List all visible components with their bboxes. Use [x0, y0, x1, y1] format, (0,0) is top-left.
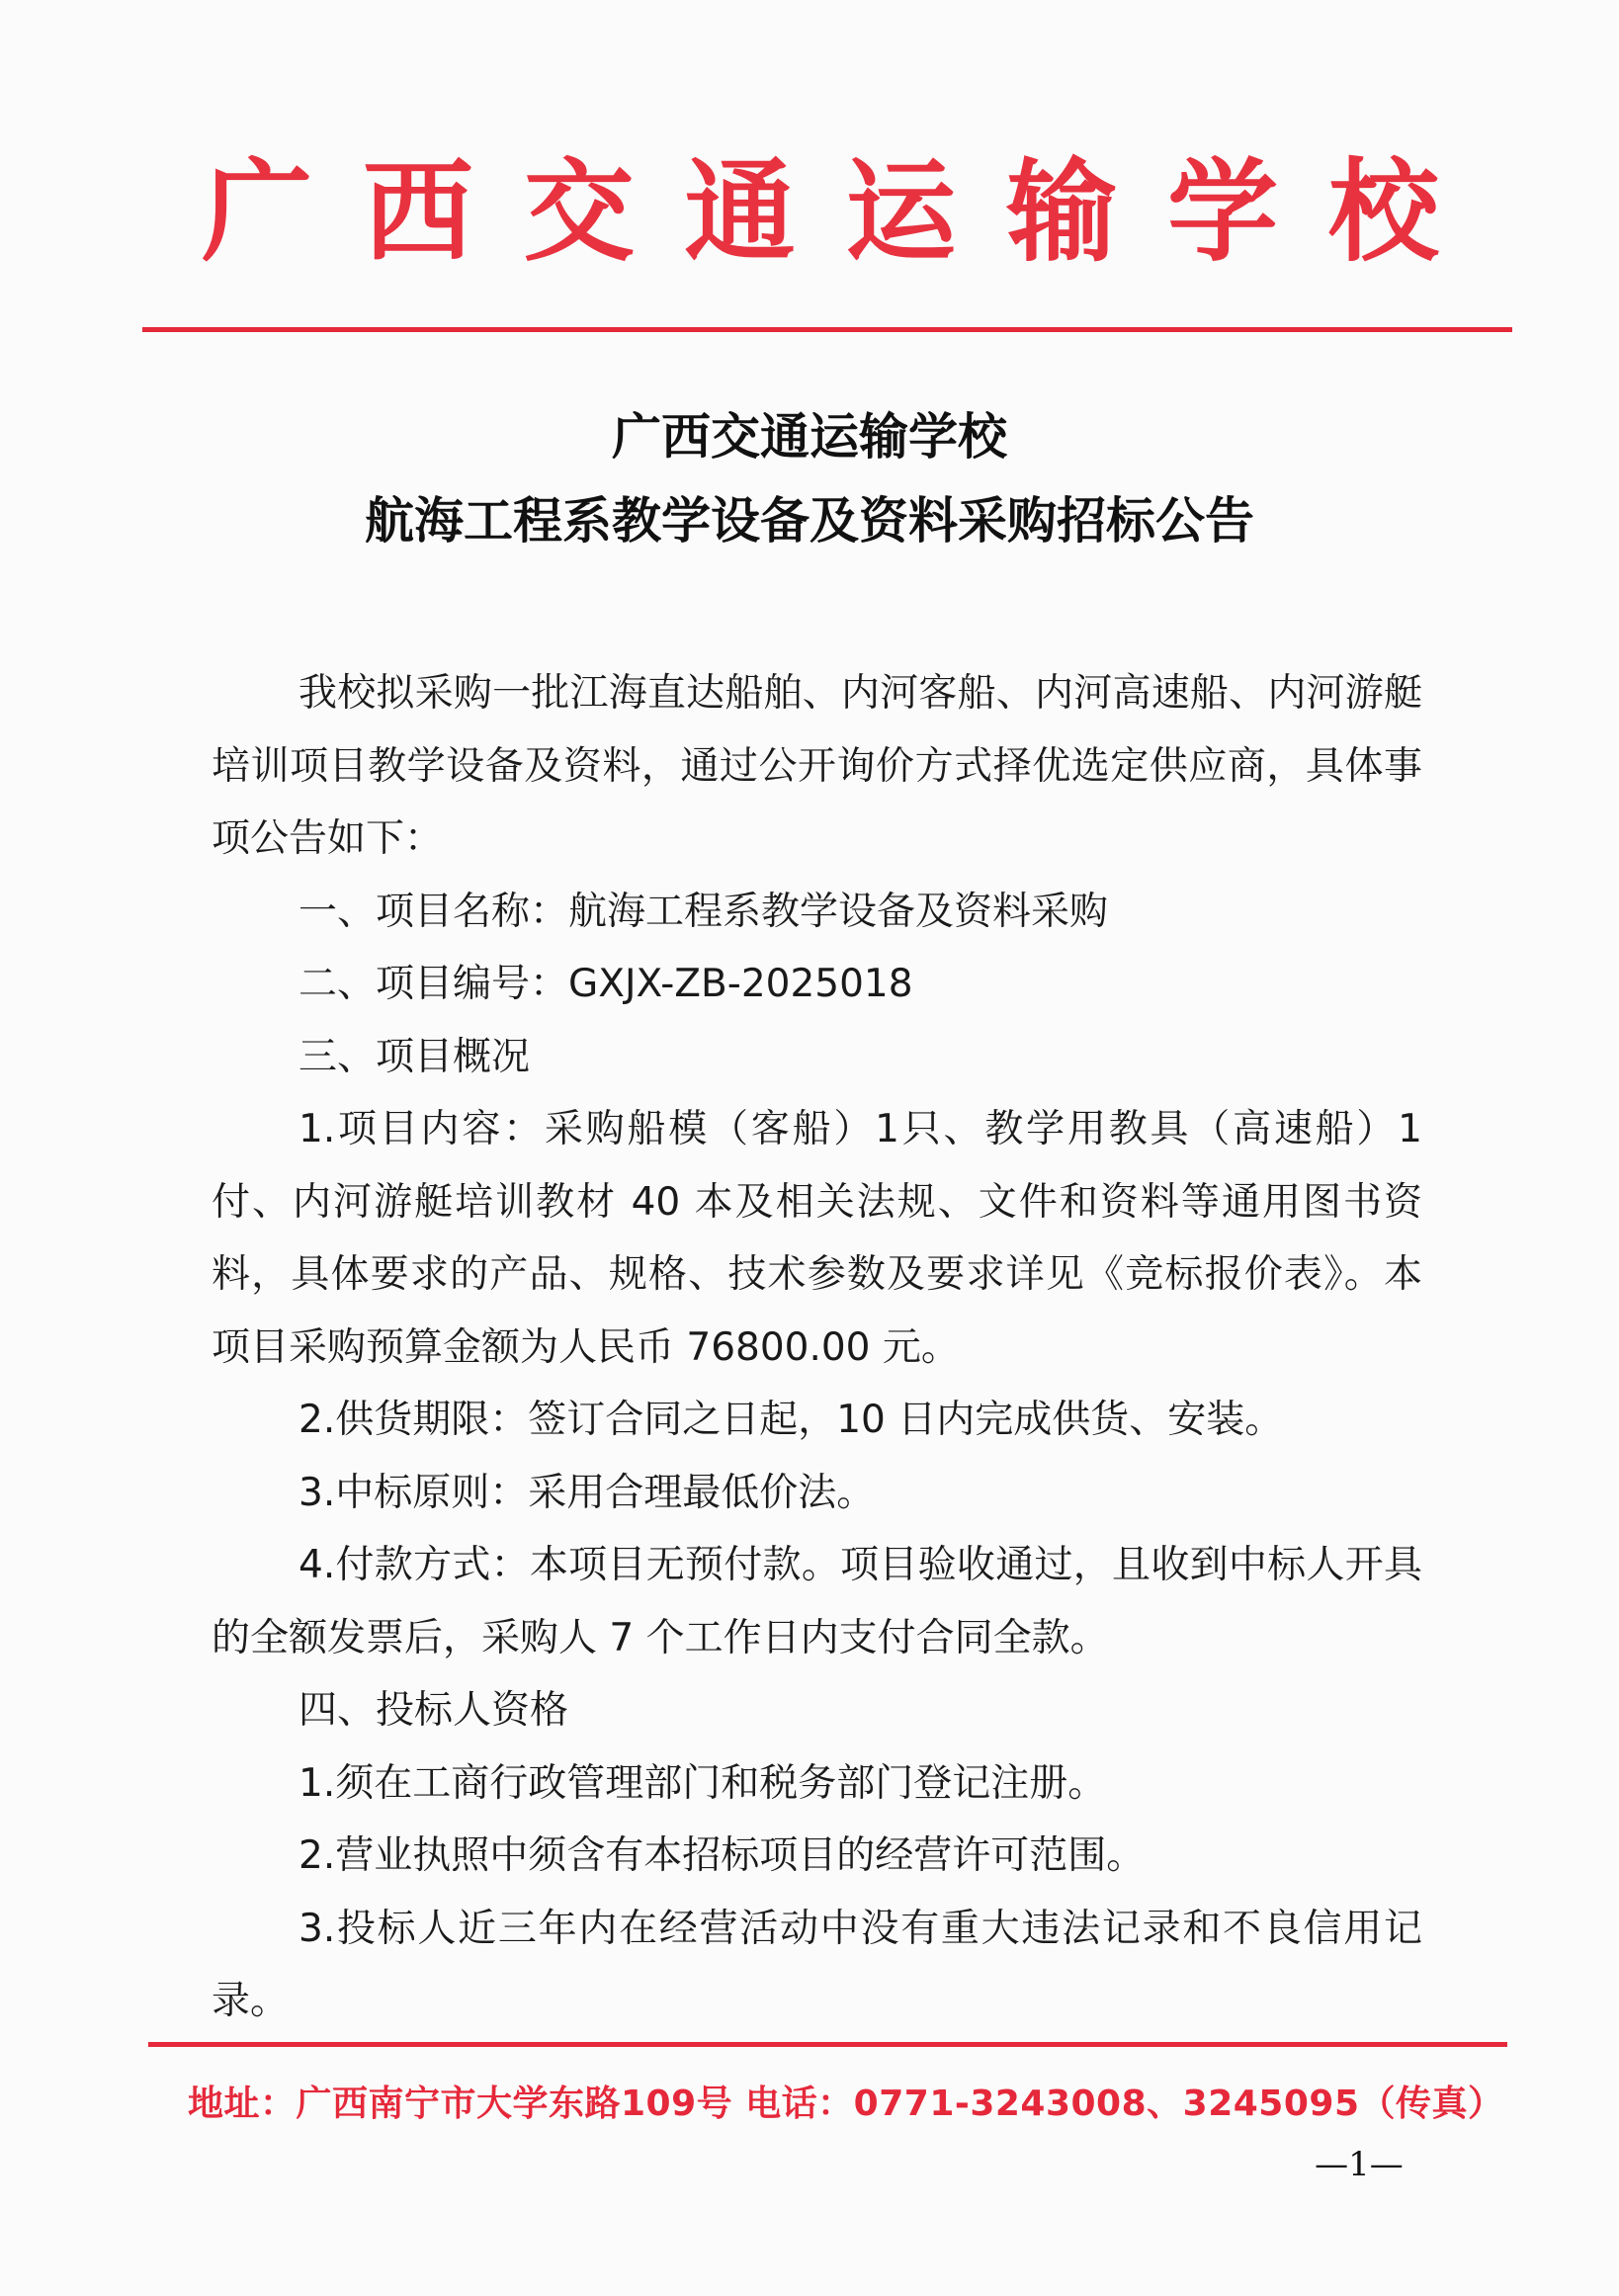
section-item: 1.项目内容：采购船模（客船）1只、教学用教具（高速船）1付、内河游艇培训教材 … — [212, 1093, 1422, 1384]
section-item: 2.供货期限：签订合同之日起，10 日内完成供货、安装。 — [212, 1384, 1422, 1457]
intro-paragraph: 我校拟采购一批江海直达船舶、内河客船、内河高速船、内河游艇培训项目教学设备及资料… — [212, 657, 1422, 876]
section-heading: 四、投标人资格 — [212, 1674, 1422, 1747]
letterhead-char: 交 — [520, 148, 639, 277]
section-item: 4.付款方式：本项目无预付款。项目验收通过，且收到中标人开具的全额发票后，采购人… — [212, 1529, 1422, 1674]
section-item: 2.营业执照中须含有本招标项目的经营许可范围。 — [212, 1820, 1422, 1893]
footer-address: 地址：广西南宁市大学东路109号 电话：0771-3243008、3245095… — [188, 2076, 1522, 2126]
letterhead-char: 广 — [198, 148, 316, 277]
letterhead-divider — [142, 327, 1512, 332]
letterhead-char: 校 — [1324, 148, 1443, 277]
section-item: 3.中标原则：采用合理最低价法。 — [212, 1457, 1422, 1530]
section-heading: 二、项目编号：GXJX-ZB-2025018 — [212, 948, 1422, 1021]
letterhead-char: 输 — [1002, 148, 1121, 277]
section-item: 1.须在工商行政管理部门和税务部门登记注册。 — [212, 1747, 1422, 1821]
letterhead-char: 学 — [1163, 148, 1282, 277]
section-heading: 三、项目概况 — [212, 1021, 1422, 1094]
section-heading: 一、项目名称：航海工程系教学设备及资料采购 — [212, 876, 1422, 949]
section-item: 3.投标人近三年内在经营活动中没有重大违法记录和不良信用记录。 — [212, 1893, 1422, 2038]
title-line-2: 航海工程系教学设备及资料采购招标公告 — [0, 481, 1619, 553]
letterhead-char: 通 — [681, 148, 800, 277]
page-number: —1— — [1285, 2145, 1433, 2184]
document-body: 我校拟采购一批江海直达船舶、内河客船、内河高速船、内河游艇培训项目教学设备及资料… — [212, 657, 1422, 2038]
letterhead-char: 运 — [841, 148, 960, 277]
title-line-1: 广西交通运输学校 — [0, 397, 1619, 468]
letterhead-org-name: 广 西 交 通 运 输 学 校 — [198, 148, 1443, 277]
footer-divider — [148, 2042, 1507, 2047]
letterhead-char: 西 — [359, 148, 477, 277]
